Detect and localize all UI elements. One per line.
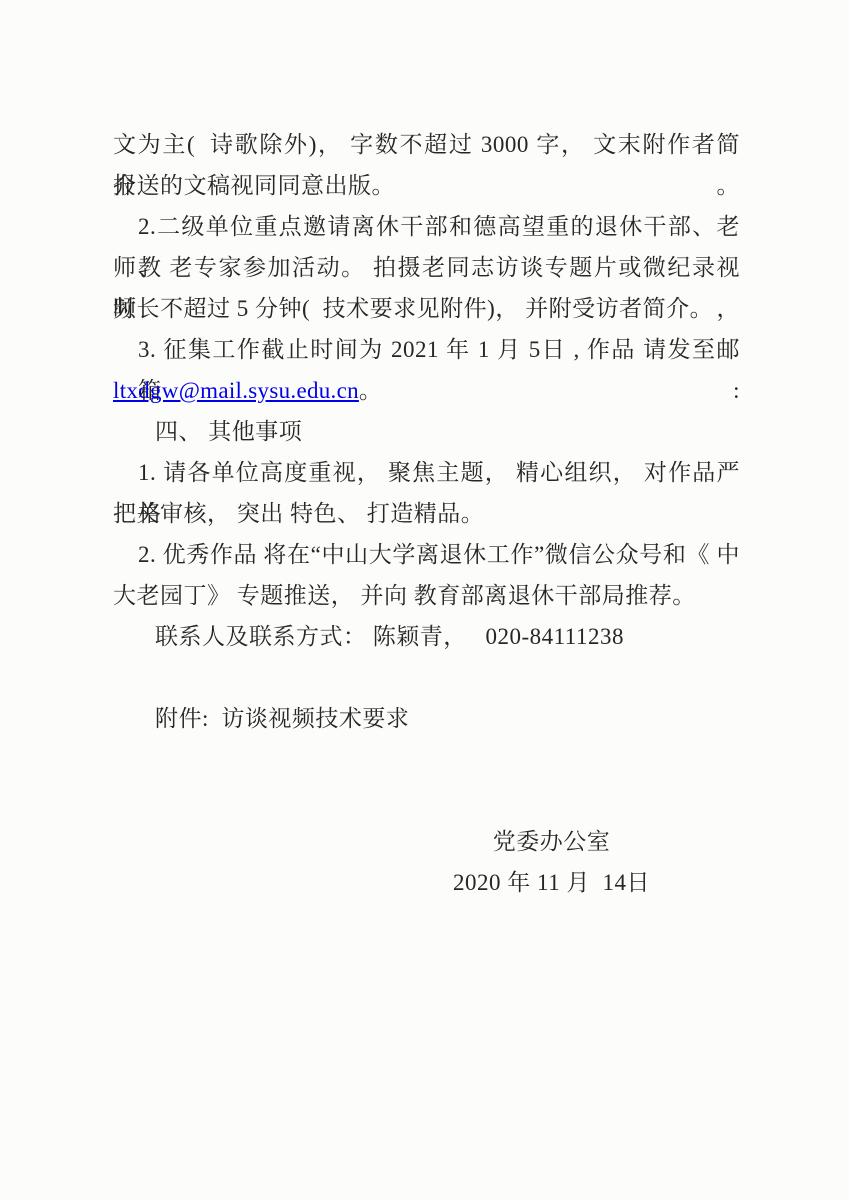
body-line: 文为主( 诗歌除外)， 字数不超过 3000 字， 文末附作者简介。 — [113, 124, 740, 165]
email-line-punctuation: 。 — [359, 378, 383, 403]
contact-line: 联系人及联系方式： 陈颖青， 020-84111238 — [113, 616, 740, 657]
body-line: 大老园丁》 专题推送， 并向 教育部离退休干部局推荐。 — [113, 575, 740, 616]
body-line: 1. 请各单位高度重视， 聚焦主题， 精心组织， 对作品严格 — [113, 452, 740, 493]
document-page: 文为主( 诗歌除外)， 字数不超过 3000 字， 文末附作者简介。 报送的文稿… — [0, 0, 849, 1200]
attachment-line: 附件: 访谈视频技术要求 — [113, 698, 740, 739]
email-link[interactable]: ltxdgw@mail.sysu.edu.cn — [113, 378, 359, 403]
body-line: 2.二级单位重点邀请离休干部和德高望重的退休干部、老教 — [113, 206, 740, 247]
body-line: 时长不超过 5 分钟( 技术要求见附件)， 并附受访者简介。 — [113, 288, 740, 329]
signature-date: 2020 年 11 月 14日 — [363, 862, 740, 903]
body-line: 把关审核， 突出 特色、 打造精品。 — [113, 493, 740, 534]
body-line: 师、 老专家参加活动。 拍摄老同志访谈专题片或微纪录视频， — [113, 247, 740, 288]
signature-office: 党委办公室 — [363, 821, 740, 862]
section-heading: 四、 其他事项 — [113, 411, 740, 452]
document-body: 文为主( 诗歌除外)， 字数不超过 3000 字， 文末附作者简介。 报送的文稿… — [113, 124, 740, 903]
signature-block: 党委办公室 2020 年 11 月 14日 — [113, 821, 740, 903]
body-line: 2. 优秀作品 将在“中山大学离退休工作”微信公众号和《 中 — [113, 534, 740, 575]
body-line: 3. 征集工作截止时间为 2021 年 1 月 5日 , 作品 请发至邮箱: — [113, 329, 740, 370]
